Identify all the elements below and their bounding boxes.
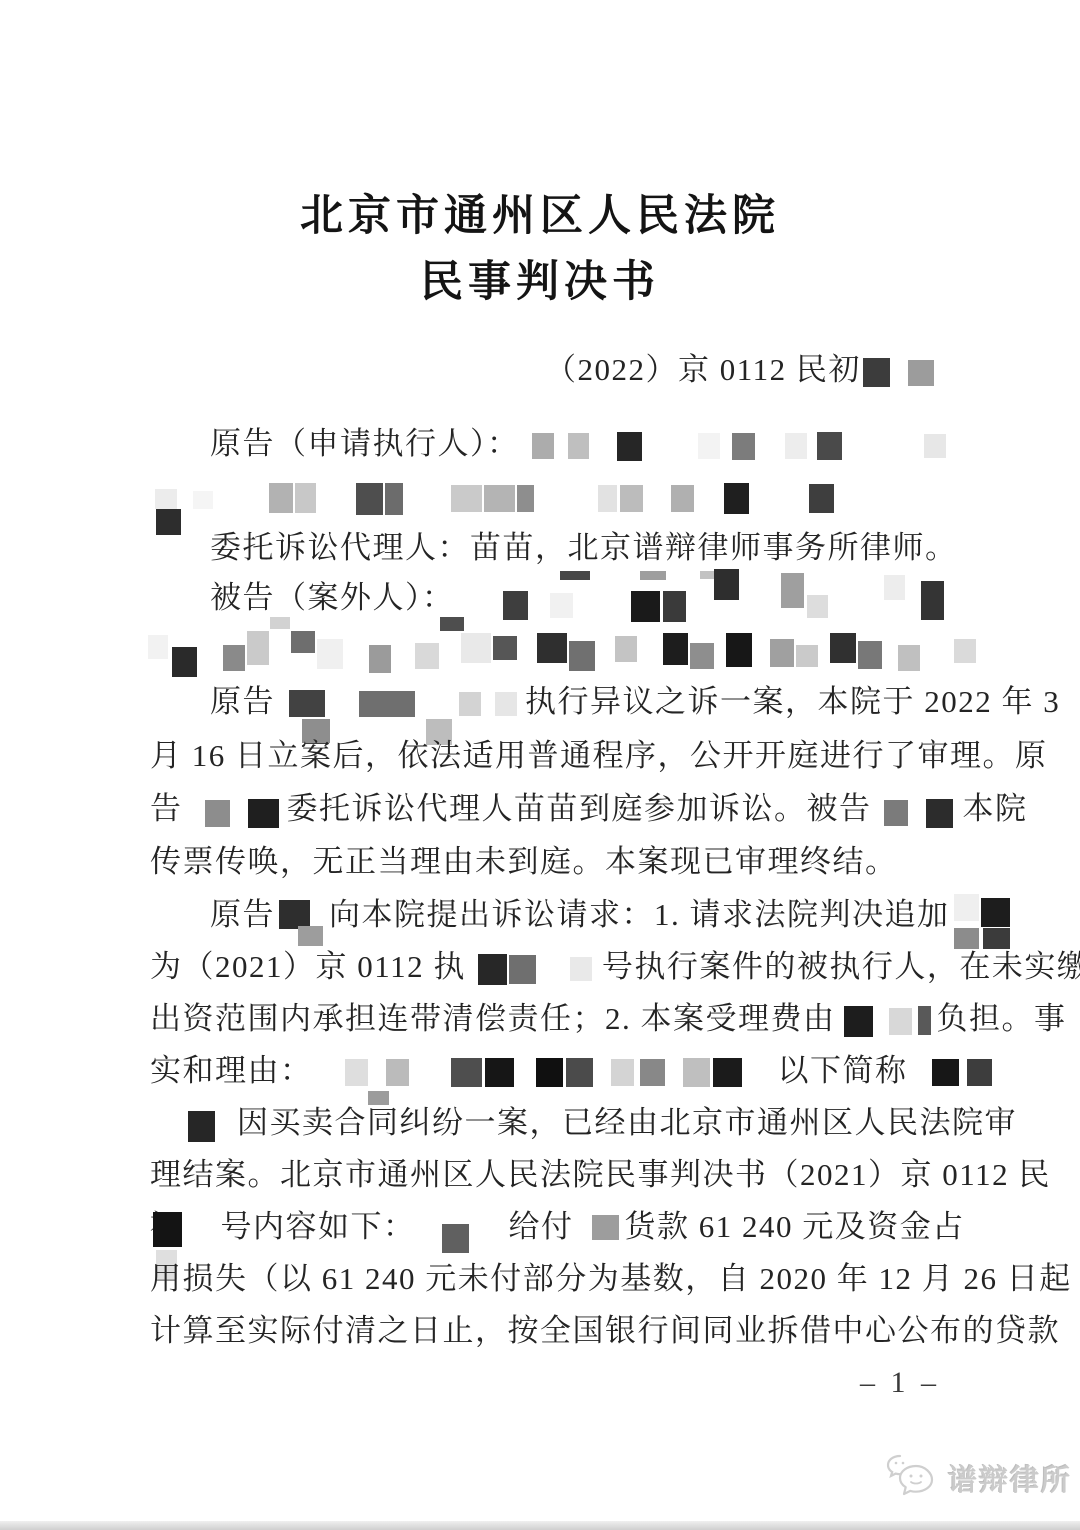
text-segment: 用损失（以 61 240 元未付部分为基数，自 2020 年 12 月 26 日… bbox=[150, 1259, 1072, 1299]
text-segment: 号内容如下： bbox=[221, 1207, 416, 1247]
redaction-block bbox=[683, 1058, 710, 1087]
redaction-block bbox=[889, 1008, 912, 1035]
redaction-block bbox=[785, 433, 807, 459]
redaction-block bbox=[459, 692, 481, 716]
redaction-block bbox=[830, 633, 856, 663]
redaction-block bbox=[724, 483, 749, 514]
redaction-block bbox=[279, 900, 310, 929]
redaction-block bbox=[451, 485, 482, 512]
para3-line5: 计算至实际付清之日止，按全国银行间同业拆借中心公布的贷款 bbox=[150, 1311, 1060, 1351]
redaction-block bbox=[269, 483, 293, 513]
redaction-block bbox=[478, 954, 507, 985]
redaction-block bbox=[598, 485, 617, 512]
redaction-block bbox=[615, 636, 637, 662]
redaction-block bbox=[536, 1058, 563, 1087]
judgment-document-page: 北京市通州区人民法院 民事判决书 （2022）京 0112 民初原告（申请执行人… bbox=[0, 0, 1080, 1530]
text-segment: 原告 bbox=[210, 895, 275, 935]
redaction-block bbox=[954, 894, 979, 921]
text-segment: 原告（申请执行人）： bbox=[210, 424, 520, 464]
redaction-block bbox=[289, 690, 325, 717]
redaction-block bbox=[172, 647, 197, 677]
watermark-text: 谱辩律所 bbox=[948, 1458, 1072, 1499]
redaction-block bbox=[983, 928, 1010, 949]
text-segment: 委托诉讼代理人苗苗到庭参加诉讼。被告 bbox=[287, 789, 872, 829]
redaction-block bbox=[484, 485, 515, 512]
case-number-line: （2022）京 0112 民初 bbox=[545, 350, 934, 390]
redaction-block bbox=[617, 432, 642, 461]
redaction-block bbox=[509, 955, 536, 984]
wechat-bubbles-icon bbox=[884, 1452, 940, 1505]
text-segment: 给付 bbox=[509, 1207, 574, 1247]
redaction-block bbox=[569, 641, 595, 671]
text-segment: 委托诉讼代理人：苗苗，北京谱辩律师事务所律师。 bbox=[210, 528, 958, 568]
redaction-block bbox=[884, 575, 905, 600]
redaction-block bbox=[921, 581, 944, 620]
redaction-block bbox=[924, 434, 946, 458]
court-title: 北京市通州区人民法院 bbox=[120, 182, 960, 243]
redaction-block bbox=[663, 633, 688, 665]
redaction-block bbox=[223, 645, 245, 671]
para2-line1: 原告向本院提出诉讼请求：1. 请求法院判决追加 bbox=[210, 895, 1010, 935]
plaintiff-line: 原告（申请执行人）： bbox=[210, 424, 946, 464]
redaction-block bbox=[193, 491, 213, 509]
redaction-block bbox=[415, 643, 439, 669]
redaction-block bbox=[698, 433, 720, 459]
text-segment: 号执行案件的被执行人，在未实缴 bbox=[602, 947, 1080, 987]
redaction-block bbox=[714, 569, 739, 600]
text-segment: 向本院提出诉讼请求：1. 请求法院判决追加 bbox=[329, 895, 950, 935]
redaction-block bbox=[442, 1224, 469, 1253]
redaction-block bbox=[148, 635, 168, 659]
redaction-block bbox=[908, 360, 934, 386]
watermark: 谱辩律所 bbox=[884, 1452, 1072, 1505]
redaction-block bbox=[858, 641, 882, 669]
redaction-block bbox=[532, 433, 554, 459]
redaction-block bbox=[317, 639, 343, 669]
page-bottom-edge bbox=[0, 1521, 1080, 1530]
text-segment: 月 16 日立案后，依法适用普通程序，公开开庭进行了审理。原 bbox=[150, 736, 1048, 776]
redaction-block bbox=[932, 1059, 959, 1086]
redaction-block bbox=[898, 645, 920, 671]
redaction-block bbox=[356, 483, 383, 515]
para3-line4: 用损失（以 61 240 元未付部分为基数，自 2020 年 12 月 26 日… bbox=[150, 1259, 1072, 1299]
redaction-block bbox=[345, 1059, 368, 1086]
text-segment: 计算至实际付清之日止，按全国银行间同业拆借中心公布的贷款 bbox=[150, 1311, 1060, 1351]
text-segment: 为（2021）京 0112 执 bbox=[150, 947, 466, 987]
redaction-block bbox=[954, 639, 976, 663]
text-segment: 货款 61 240 元及资金占 bbox=[625, 1207, 965, 1247]
redaction-block bbox=[247, 631, 269, 665]
redacted-hanger bbox=[156, 504, 181, 535]
redaction-block bbox=[967, 1059, 992, 1086]
redaction-block bbox=[550, 593, 573, 618]
para2-line4: 实和理由：以下简称 bbox=[150, 1051, 992, 1091]
redaction-block bbox=[807, 595, 828, 618]
redaction-block bbox=[566, 1058, 593, 1087]
redaction-block bbox=[295, 483, 316, 513]
redaction-block bbox=[188, 1111, 215, 1142]
redaction-block bbox=[981, 898, 1010, 927]
redaction-block bbox=[291, 631, 315, 653]
text-segment: 实和理由： bbox=[150, 1051, 313, 1091]
para3-line1: 因买卖合同纠纷一案，已经由北京市通州区人民法院审 bbox=[188, 1103, 1017, 1143]
para3-line2: 理结案。北京市通州区人民法院民事判决书（2021）京 0112 民 bbox=[150, 1155, 1051, 1195]
redaction-block bbox=[537, 633, 567, 663]
para1-line4: 传票传唤，无正当理由未到庭。本案现已审理终结。 bbox=[150, 842, 898, 882]
redaction-block bbox=[451, 1058, 482, 1087]
text-segment: 本院 bbox=[963, 789, 1028, 829]
text-segment: 理结案。北京市通州区人民法院民事判决书（2021）京 0112 民 bbox=[150, 1155, 1051, 1195]
redaction-block bbox=[863, 358, 890, 387]
redaction-block bbox=[809, 484, 834, 513]
text-segment: 出资范围内承担连带清偿责任；2. 本案受理费由 bbox=[150, 999, 836, 1039]
text-segment: （2022）京 0112 民初 bbox=[545, 350, 861, 390]
redacted-row bbox=[155, 478, 834, 515]
redaction-block bbox=[884, 800, 908, 826]
redaction-block bbox=[690, 643, 714, 669]
text-segment: 传票传唤，无正当理由未到庭。本案现已审理终结。 bbox=[150, 842, 898, 882]
document-type-title: 民事判决书 bbox=[120, 248, 960, 309]
text-segment: 执行异议之诉一案，本院于 2022 年 3 bbox=[525, 682, 1060, 722]
redaction-block bbox=[671, 485, 694, 512]
para1-line2: 月 16 日立案后，依法适用普通程序，公开开庭进行了审理。原 bbox=[150, 736, 1048, 776]
redaction-block bbox=[631, 591, 660, 622]
text-segment: 以下简称 bbox=[778, 1051, 908, 1091]
attorney-line: 委托诉讼代理人：苗苗，北京谱辩律师事务所律师。 bbox=[210, 528, 958, 568]
redaction-block bbox=[732, 433, 755, 460]
redaction-block bbox=[568, 433, 589, 459]
para2-line3: 出资范围内承担连带清偿责任；2. 本案受理费由负担。事 bbox=[150, 999, 1067, 1039]
redaction-block bbox=[517, 485, 534, 512]
redaction-block bbox=[153, 1212, 182, 1247]
redaction-block bbox=[156, 509, 181, 535]
page-number: – 1 – bbox=[860, 1366, 940, 1400]
redaction-block bbox=[663, 591, 686, 622]
text-segment: 告 bbox=[150, 789, 183, 829]
para2-line2: 为（2021）京 0112 执号执行案件的被执行人，在未实缴 bbox=[150, 947, 1080, 987]
para3-line3: 初号内容如下：给付货款 61 240 元及资金占 bbox=[150, 1207, 965, 1247]
redaction-block bbox=[503, 591, 528, 620]
redaction-block bbox=[592, 1215, 619, 1240]
redaction-block bbox=[298, 926, 323, 946]
redaction-block bbox=[926, 799, 953, 828]
redaction-block bbox=[248, 799, 279, 828]
redaction-block bbox=[369, 645, 391, 673]
redaction-block bbox=[570, 957, 592, 981]
redaction-block bbox=[205, 800, 230, 827]
redaction-block bbox=[844, 1006, 873, 1037]
redacted-row bbox=[148, 628, 976, 667]
redaction-block bbox=[611, 1059, 634, 1086]
redaction-block bbox=[918, 1006, 931, 1035]
redaction-block bbox=[713, 1058, 742, 1087]
para1-line3: 告委托诉讼代理人苗苗到庭参加诉讼。被告本院 bbox=[150, 789, 1028, 829]
text-segment: 因买卖合同纠纷一案，已经由北京市通州区人民法院审 bbox=[237, 1103, 1017, 1143]
redaction-block bbox=[385, 483, 403, 515]
redaction-block bbox=[485, 1058, 514, 1087]
redaction-block bbox=[620, 485, 643, 512]
redaction-block bbox=[796, 645, 818, 667]
redaction-block bbox=[770, 639, 794, 667]
redaction-block bbox=[493, 636, 517, 660]
redaction-block bbox=[817, 432, 842, 460]
redaction-block bbox=[461, 633, 491, 663]
redaction-block bbox=[781, 573, 804, 608]
redaction-block bbox=[386, 1059, 409, 1086]
text-segment: 原告 bbox=[210, 682, 275, 722]
redaction-block bbox=[726, 633, 752, 667]
redaction-block bbox=[954, 928, 979, 949]
redaction-block bbox=[495, 692, 517, 716]
redaction-block bbox=[640, 1059, 665, 1086]
text-segment: 负担。事 bbox=[937, 999, 1067, 1039]
